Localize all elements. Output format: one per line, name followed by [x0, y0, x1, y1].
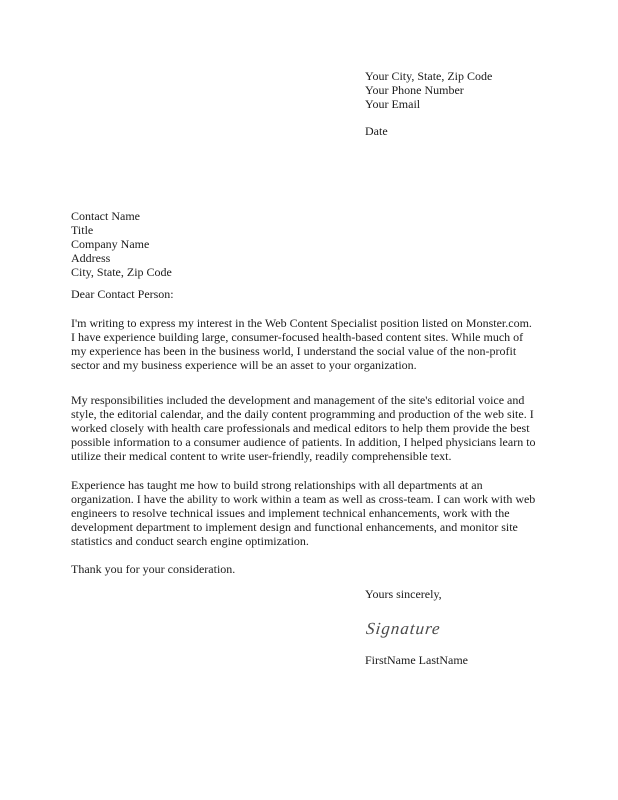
valediction: Yours sincerely, — [365, 587, 442, 601]
paragraph-line: I have experience building large, consum… — [71, 330, 532, 344]
paragraph-line: style, the editorial calendar, and the d… — [71, 407, 536, 421]
recipient-line: Address — [71, 251, 172, 265]
sender-address-block: Your City, State, Zip Code Your Phone Nu… — [365, 69, 492, 111]
paragraph-line: Experience has taught me how to build st… — [71, 478, 535, 492]
sender-line: Your City, State, Zip Code — [365, 69, 492, 83]
recipient-line: Title — [71, 223, 172, 237]
date-line: Date — [365, 124, 388, 138]
body-paragraph: My responsibilities included the develop… — [71, 393, 536, 463]
recipient-line: Contact Name — [71, 209, 172, 223]
paragraph-line: sector and my business experience will b… — [71, 358, 532, 372]
paragraph-line: organization. I have the ability to work… — [71, 492, 535, 506]
paragraph-line: utilize their medical content to write u… — [71, 449, 536, 463]
paragraph-line: My responsibilities included the develop… — [71, 393, 536, 407]
paragraph-line: development department to implement desi… — [71, 520, 535, 534]
recipient-line: City, State, Zip Code — [71, 265, 172, 279]
paragraph-line: statistics and conduct search engine opt… — [71, 534, 535, 548]
letter-page: Your City, State, Zip Code Your Phone Nu… — [0, 0, 618, 800]
paragraph-line: possible information to a consumer audie… — [71, 435, 536, 449]
recipient-address-block: Contact Name Title Company Name Address … — [71, 209, 172, 279]
salutation: Dear Contact Person: — [71, 287, 174, 301]
closing-line: Thank you for your consideration. — [71, 562, 235, 576]
sender-line: Your Email — [365, 97, 492, 111]
signature-script: Signature — [365, 618, 442, 640]
body-paragraph: I'm writing to express my interest in th… — [71, 316, 532, 372]
recipient-line: Company Name — [71, 237, 172, 251]
paragraph-line: worked closely with health care professi… — [71, 421, 536, 435]
signed-name: FirstName LastName — [365, 653, 468, 667]
paragraph-line: engineers to resolve technical issues an… — [71, 506, 535, 520]
paragraph-line: my experience has been in the business w… — [71, 344, 532, 358]
paragraph-line: I'm writing to express my interest in th… — [71, 316, 532, 330]
sender-line: Your Phone Number — [365, 83, 492, 97]
body-paragraph: Experience has taught me how to build st… — [71, 478, 535, 548]
